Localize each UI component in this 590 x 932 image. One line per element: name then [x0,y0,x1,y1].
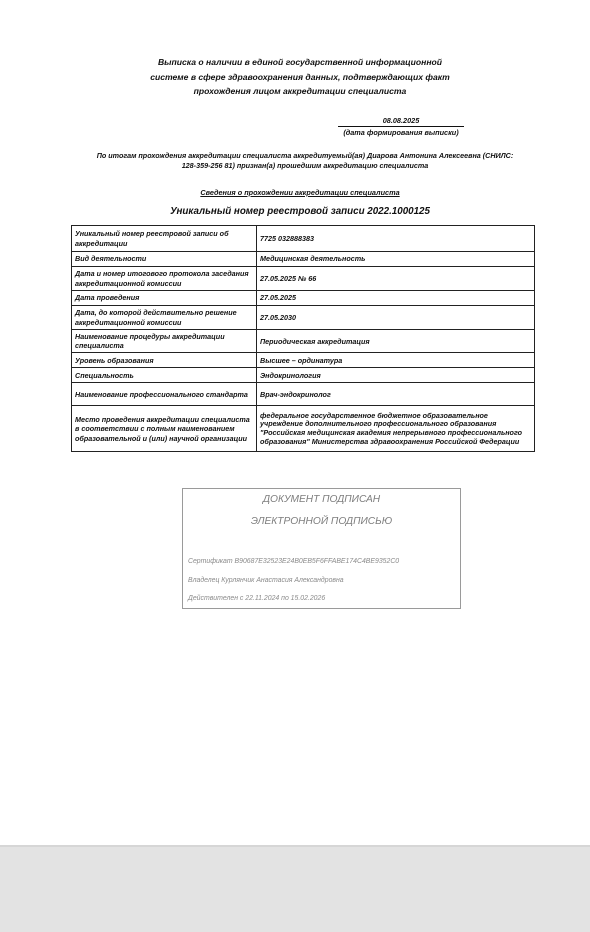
row-label: Вид деятельности [72,252,257,267]
row-label: Наименование процедуры аккредитации спец… [72,330,257,353]
table-row: Уровень образованияВысшее – ординатура [72,353,535,368]
row-value: Высшее – ординатура [257,353,535,368]
stamp-certificate: Сертификат B90687E32523E24B0EB5F6FFABE17… [188,558,399,565]
electronic-signature-stamp: ДОКУМЕНТ ПОДПИСАН ЭЛЕКТРОННОЙ ПОДПИСЬЮ С… [182,488,461,609]
accreditation-info-table: Уникальный номер реестровой записи об ак… [71,225,535,452]
table-row: Наименование процедуры аккредитации спец… [72,330,535,353]
row-value: Периодическая аккредитация [257,330,535,353]
table-row: Дата проведения27.05.2025 [72,291,535,306]
row-value: 7725 032888383 [257,226,535,252]
row-value: 27.05.2030 [257,306,535,330]
intro-paragraph: По итогам прохождения аккредитации специ… [72,151,538,170]
row-label: Наименование профессионального стандарта [72,383,257,406]
row-label: Дата проведения [72,291,257,306]
row-value: Медицинская деятельность [257,252,535,267]
section-title: Сведения о прохождении аккредитации спец… [150,188,450,197]
issue-date: 08.08.2025 [338,116,464,127]
stamp-owner: Владелец Курлянчик Анастасия Александров… [188,577,344,584]
row-label: Уникальный номер реестровой записи об ак… [72,226,257,252]
table-row: Уникальный номер реестровой записи об ак… [72,226,535,252]
stamp-title-line2: ЭЛЕКТРОННОЙ ПОДПИСЬЮ [183,516,460,527]
intro-line: 128-359-256 81) признан(а) прошедшим акк… [72,161,538,171]
stamp-title-line1: ДОКУМЕНТ ПОДПИСАН [183,494,460,505]
registry-number-heading: Уникальный номер реестровой записи 2022.… [120,206,480,217]
intro-line: По итогам прохождения аккредитации специ… [72,151,538,161]
table-row: СпециальностьЭндокринология [72,368,535,383]
row-label: Место проведения аккредитации специалист… [72,406,257,452]
row-label: Дата и номер итогового протокола заседан… [72,267,257,291]
row-value: Эндокринология [257,368,535,383]
document-title: Выписка о наличии в единой государственн… [100,55,500,99]
document-page: Выписка о наличии в единой государственн… [0,0,590,845]
row-label: Уровень образования [72,353,257,368]
issue-date-caption: (дата формирования выписки) [338,127,464,138]
table-row: Наименование профессионального стандарта… [72,383,535,406]
row-label: Дата, до которой действительно решение а… [72,306,257,330]
table-row: Вид деятельностиМедицинская деятельность [72,252,535,267]
stamp-validity: Действителен с 22.11.2024 по 15.02.2026 [188,595,325,602]
title-line: системе в сфере здравоохранения данных, … [100,70,500,85]
title-line: Выписка о наличии в единой государственн… [100,55,500,70]
row-value: федеральное государственное бюджетное об… [257,406,535,452]
table-row: Место проведения аккредитации специалист… [72,406,535,452]
row-value: Врач-эндокринолог [257,383,535,406]
viewer-bottom-bar [0,845,590,932]
row-value: 27.05.2025 [257,291,535,306]
row-label: Специальность [72,368,257,383]
title-line: прохождения лицом аккредитации специалис… [100,84,500,99]
table-row: Дата и номер итогового протокола заседан… [72,267,535,291]
issue-date-block: 08.08.2025 (дата формирования выписки) [338,116,464,138]
table-row: Дата, до которой действительно решение а… [72,306,535,330]
row-value: 27.05.2025 № 66 [257,267,535,291]
